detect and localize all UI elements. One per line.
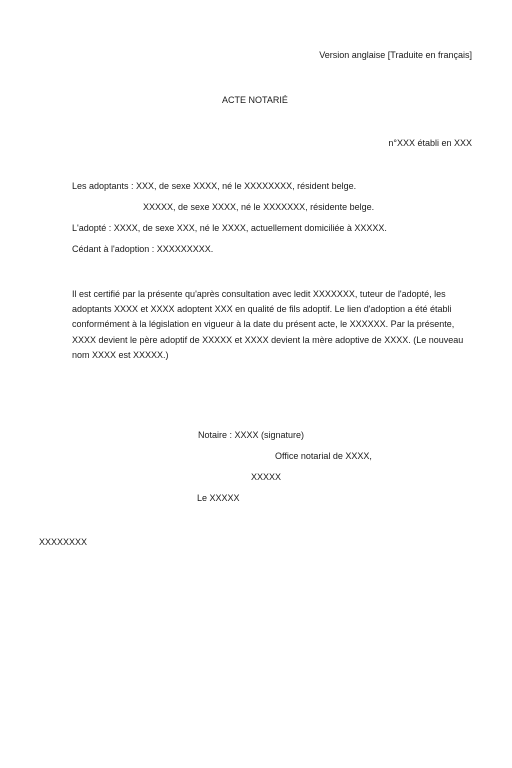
certification-paragraph: Il est certifié par la présente qu'après… bbox=[72, 287, 472, 363]
adopters-line-1: Les adoptants : XXX, de sexe XXXX, né le… bbox=[72, 181, 356, 192]
footer-code: XXXXXXXX bbox=[39, 537, 87, 548]
notary-office: Office notarial de XXXX, bbox=[275, 451, 372, 462]
document-title: ACTE NOTARIÉ bbox=[222, 95, 288, 106]
cedant-line: Cédant à l'adoption : XXXXXXXXX. bbox=[72, 244, 213, 255]
signature-place: XXXXX bbox=[251, 472, 281, 483]
translation-note: Version anglaise [Traduite en français] bbox=[319, 50, 472, 61]
adopters-line-2: XXXXX, de sexe XXXX, né le XXXXXXX, rési… bbox=[143, 202, 374, 213]
act-number: n°XXX établi en XXX bbox=[388, 138, 472, 149]
signature-date: Le XXXXX bbox=[197, 493, 240, 504]
adoptee-line: L'adopté : XXXX, de sexe XXX, né le XXXX… bbox=[72, 223, 387, 234]
notary-signature: Notaire : XXXX (signature) bbox=[198, 430, 304, 441]
